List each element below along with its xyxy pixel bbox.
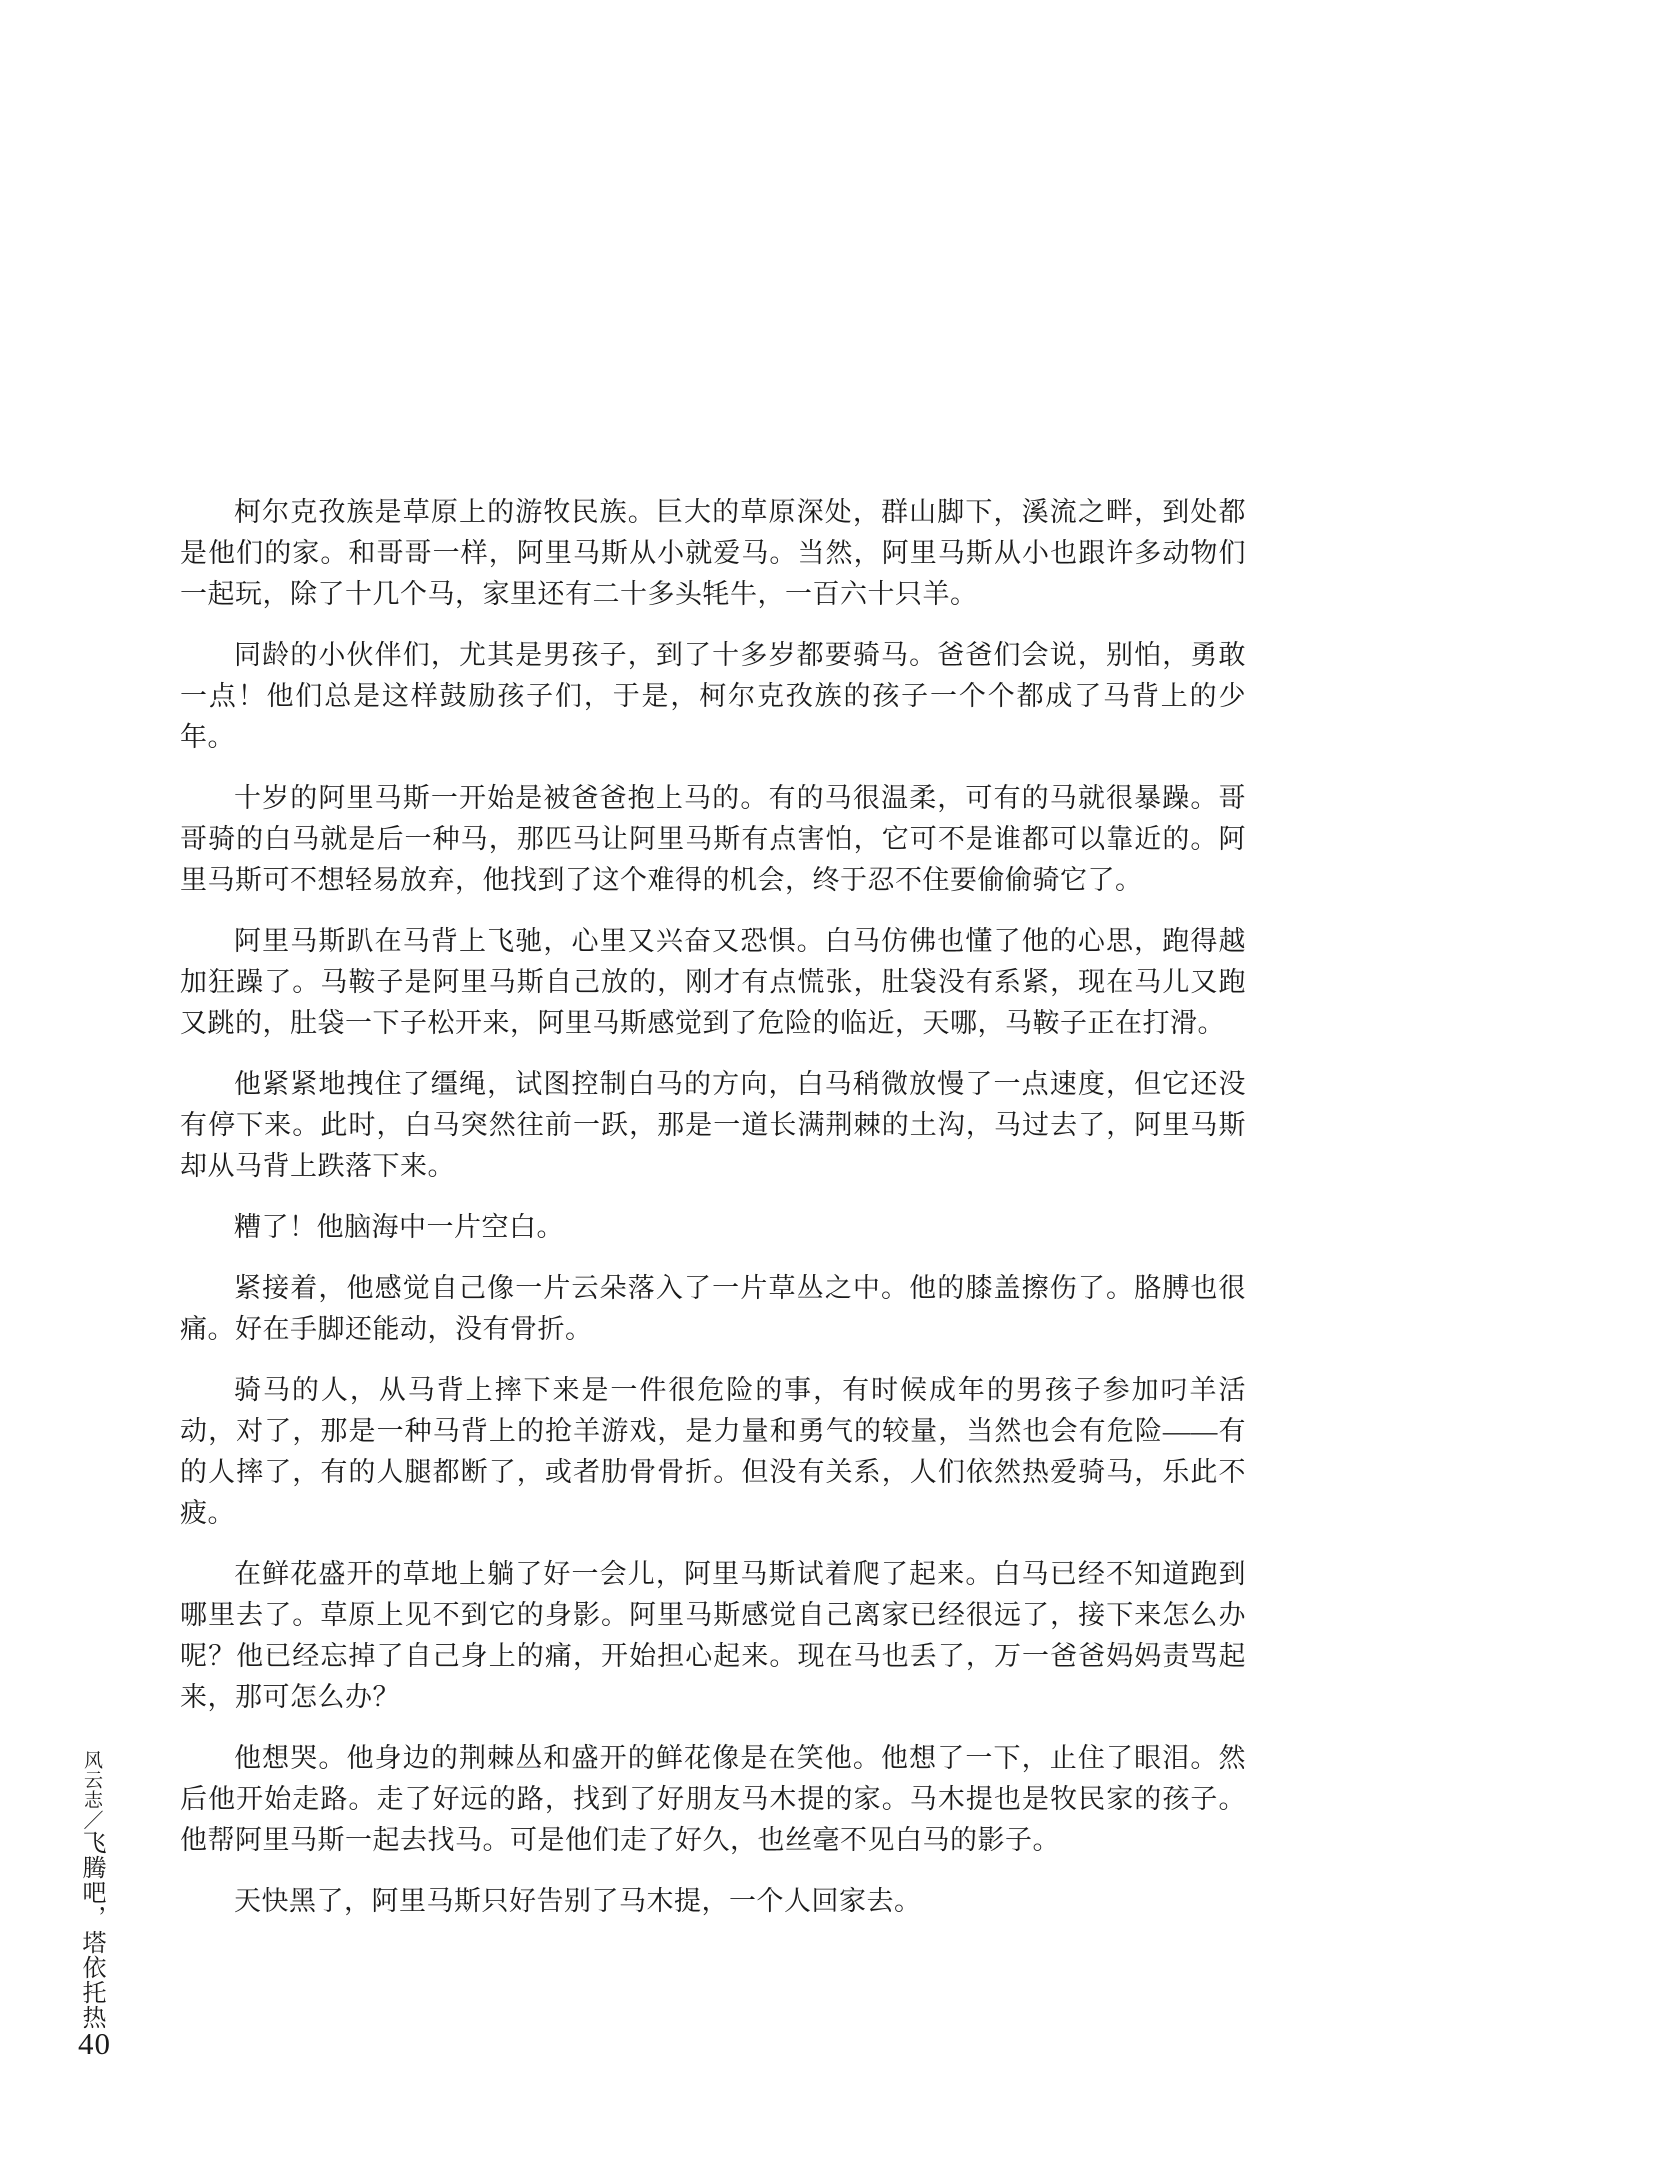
sidebar-vertical-title: 风云志／飞腾吧，塔依托热 (74, 1750, 109, 2050)
series-label: 风云志 (81, 1750, 102, 1810)
paragraph: 柯尔克孜族是草原上的游牧民族。巨大的草原深处，群山脚下，溪流之畔，到处都是他们的… (180, 492, 1246, 615)
page-number: 40 (78, 2026, 111, 2062)
paragraph: 天快黑了，阿里马斯只好告别了马木提，一个人回家去。 (180, 1881, 1246, 1922)
paragraph: 他紧紧地拽住了缰绳，试图控制白马的方向，白马稍微放慢了一点速度，但它还没有停下来… (180, 1064, 1246, 1187)
paragraph: 紧接着，他感觉自己像一片云朵落入了一片草丛之中。他的膝盖擦伤了。胳膊也很痛。好在… (180, 1268, 1246, 1350)
paragraph: 十岁的阿里马斯一开始是被爸爸抱上马的。有的马很温柔，可有的马就很暴躁。哥哥骑的白… (180, 778, 1246, 901)
paragraph: 在鲜花盛开的草地上躺了好一会儿，阿里马斯试着爬了起来。白马已经不知道跑到哪里去了… (180, 1554, 1246, 1718)
body-text: 柯尔克孜族是草原上的游牧民族。巨大的草原深处，群山脚下，溪流之畔，到处都是他们的… (180, 492, 1246, 1942)
book-page: 柯尔克孜族是草原上的游牧民族。巨大的草原深处，群山脚下，溪流之畔，到处都是他们的… (0, 0, 1654, 2165)
book-title: 飞腾吧，塔依托热 (78, 1830, 104, 2030)
paragraph: 他想哭。他身边的荆棘丛和盛开的鲜花像是在笑他。他想了一下，止住了眼泪。然后他开始… (180, 1738, 1246, 1861)
paragraph: 阿里马斯趴在马背上飞驰，心里又兴奋又恐惧。白马仿佛也懂了他的心思，跑得越加狂躁了… (180, 921, 1246, 1044)
paragraph: 骑马的人，从马背上摔下来是一件很危险的事，有时候成年的男孩子参加叼羊活动，对了，… (180, 1370, 1246, 1534)
title-separator: ／ (80, 1810, 102, 1830)
paragraph: 糟了！他脑海中一片空白。 (180, 1207, 1246, 1248)
paragraph: 同龄的小伙伴们，尤其是男孩子，到了十多岁都要骑马。爸爸们会说，别怕，勇敢一点！他… (180, 635, 1246, 758)
